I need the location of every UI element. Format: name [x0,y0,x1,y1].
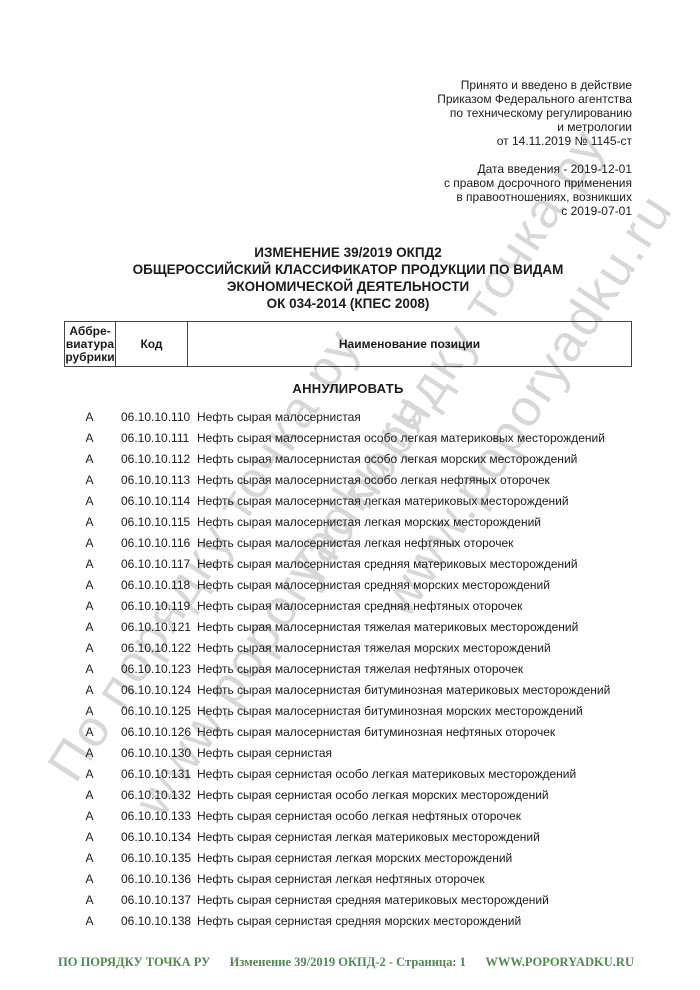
row-code: 06.10.10.123 [115,662,187,676]
row-name: Нефть сырая сернистая легкая материковых… [187,830,674,844]
row-name: Нефть сырая малосернистая легкая материк… [187,494,674,508]
table-row: А 06.10.10.110 Нефть сырая малосернистая [64,406,674,427]
row-name: Нефть сырая сернистая легкая морских мес… [187,851,674,865]
row-code: 06.10.10.111 [115,431,187,445]
row-name: Нефть сырая малосернистая легкая нефтяны… [187,536,674,550]
table-row: А 06.10.10.137 Нефть сырая сернистая сре… [64,889,674,910]
row-name: Нефть сырая малосернистая [187,410,674,424]
table-row: А 06.10.10.136 Нефть сырая сернистая лег… [64,868,674,889]
row-abbr: А [64,536,115,550]
row-name: Нефть сырая сернистая особо легкая матер… [187,767,674,781]
table-row: А 06.10.10.130 Нефть сырая сернистая [64,742,674,763]
table-header: Аббре- виатура рубрики Код Наименование … [64,321,632,367]
footer-site-name: ПО ПОРЯДКУ ТОЧКА РУ [58,955,210,970]
row-abbr: А [64,473,115,487]
row-abbr: А [64,578,115,592]
row-abbr: А [64,494,115,508]
row-name: Нефть сырая малосернистая тяжелая морски… [187,641,674,655]
table-row: А 06.10.10.124 Нефть сырая малосернистая… [64,679,674,700]
table-row: А 06.10.10.113 Нефть сырая малосернистая… [64,469,674,490]
row-code: 06.10.10.125 [115,704,187,718]
row-name: Нефть сырая сернистая легкая нефтяных от… [187,872,674,886]
row-code: 06.10.10.117 [115,557,187,571]
row-code: 06.10.10.112 [115,452,187,466]
row-abbr: А [64,515,115,529]
table-row: А 06.10.10.111 Нефть сырая малосернистая… [64,427,674,448]
row-code: 06.10.10.118 [115,578,187,592]
row-name: Нефть сырая малосернистая битуминозная н… [187,725,674,739]
row-abbr: А [64,599,115,613]
document-title: ИЗМЕНЕНИЕ 39/2019 ОКПД2 ОБЩЕРОССИЙСКИЙ К… [64,244,632,312]
row-abbr: А [64,557,115,571]
row-abbr: А [64,662,115,676]
row-code: 06.10.10.114 [115,494,187,508]
introduction-date-block: Дата введения - 2019-12-01 с правом доср… [64,162,632,218]
row-abbr: А [64,431,115,445]
table-row: А 06.10.10.134 Нефть сырая сернистая лег… [64,826,674,847]
row-abbr: А [64,830,115,844]
row-code: 06.10.10.135 [115,851,187,865]
row-name: Нефть сырая сернистая средняя материковы… [187,893,674,907]
row-name: Нефть сырая малосернистая битуминозная м… [187,683,674,697]
row-abbr: А [64,704,115,718]
table-row: А 06.10.10.126 Нефть сырая малосернистая… [64,721,674,742]
table-header-abbr: Аббре- виатура рубрики [65,322,116,366]
row-abbr: А [64,620,115,634]
row-code: 06.10.10.138 [115,914,187,928]
table-row: А 06.10.10.122 Нефть сырая малосернистая… [64,637,674,658]
row-code: 06.10.10.119 [115,599,187,613]
row-name: Нефть сырая малосернистая особо легкая м… [187,431,674,445]
row-code: 06.10.10.110 [115,410,187,424]
row-code: 06.10.10.121 [115,620,187,634]
row-abbr: А [64,410,115,424]
row-name: Нефть сырая малосернистая тяжелая матери… [187,620,674,634]
footer-site-url: WWW.POPORYADKU.RU [485,955,634,970]
document-page: По порядку точка ру www.poporyadku.ru По… [0,0,700,990]
table-row: А 06.10.10.131 Нефть сырая сернистая осо… [64,763,674,784]
table-row: А 06.10.10.135 Нефть сырая сернистая лег… [64,847,674,868]
table-row: А 06.10.10.125 Нефть сырая малосернистая… [64,700,674,721]
table-row: А 06.10.10.116 Нефть сырая малосернистая… [64,532,674,553]
row-abbr: А [64,683,115,697]
row-abbr: А [64,746,115,760]
row-code: 06.10.10.132 [115,788,187,802]
row-abbr: А [64,641,115,655]
row-name: Нефть сырая малосернистая легкая морских… [187,515,674,529]
row-abbr: А [64,788,115,802]
row-code: 06.10.10.115 [115,515,187,529]
row-code: 06.10.10.124 [115,683,187,697]
table-row: А 06.10.10.115 Нефть сырая малосернистая… [64,511,674,532]
row-name: Нефть сырая малосернистая тяжелая нефтян… [187,662,674,676]
row-abbr: А [64,914,115,928]
row-abbr: А [64,872,115,886]
row-name: Нефть сырая сернистая средняя морских ме… [187,914,674,928]
row-abbr: А [64,809,115,823]
footer-page-info: Изменение 39/2019 ОКПД-2 - Страница: 1 [230,955,466,970]
section-heading-annul: АННУЛИРОВАТЬ [64,381,632,396]
row-abbr: А [64,452,115,466]
table-header-code: Код [116,322,188,366]
table-header-name: Наименование позиции [188,322,631,366]
row-name: Нефть сырая малосернистая особо легкая н… [187,473,674,487]
row-code: 06.10.10.113 [115,473,187,487]
table-row: А 06.10.10.117 Нефть сырая малосернистая… [64,553,674,574]
table-row: А 06.10.10.121 Нефть сырая малосернистая… [64,616,674,637]
row-code: 06.10.10.130 [115,746,187,760]
row-name: Нефть сырая сернистая особо легкая нефтя… [187,809,674,823]
table-row: А 06.10.10.133 Нефть сырая сернистая осо… [64,805,674,826]
table-row: А 06.10.10.112 Нефть сырая малосернистая… [64,448,674,469]
row-code: 06.10.10.116 [115,536,187,550]
row-code: 06.10.10.122 [115,641,187,655]
table-row: А 06.10.10.118 Нефть сырая малосернистая… [64,574,674,595]
row-abbr: А [64,893,115,907]
annul-rows: А 06.10.10.110 Нефть сырая малосернистая… [64,406,674,931]
row-name: Нефть сырая малосернистая средняя матери… [187,557,674,571]
row-code: 06.10.10.134 [115,830,187,844]
row-code: 06.10.10.133 [115,809,187,823]
table-row: А 06.10.10.114 Нефть сырая малосернистая… [64,490,674,511]
row-name: Нефть сырая сернистая особо легкая морск… [187,788,674,802]
table-row: А 06.10.10.138 Нефть сырая сернистая сре… [64,910,674,931]
page-footer: ПО ПОРЯДКУ ТОЧКА РУ Изменение 39/2019 ОК… [58,955,634,970]
row-name: Нефть сырая малосернистая средняя нефтян… [187,599,674,613]
row-name: Нефть сырая малосернистая битуминозная м… [187,704,674,718]
table-row: А 06.10.10.123 Нефть сырая малосернистая… [64,658,674,679]
adoption-block: Принято и введено в действие Приказом Фе… [64,0,632,148]
row-abbr: А [64,851,115,865]
row-code: 06.10.10.126 [115,725,187,739]
table-row: А 06.10.10.119 Нефть сырая малосернистая… [64,595,674,616]
row-code: 06.10.10.137 [115,893,187,907]
row-name: Нефть сырая малосернистая средняя морски… [187,578,674,592]
row-code: 06.10.10.131 [115,767,187,781]
row-code: 06.10.10.136 [115,872,187,886]
row-name: Нефть сырая малосернистая особо легкая м… [187,452,674,466]
row-abbr: А [64,767,115,781]
row-name: Нефть сырая сернистая [187,746,674,760]
row-abbr: А [64,725,115,739]
table-row: А 06.10.10.132 Нефть сырая сернистая осо… [64,784,674,805]
